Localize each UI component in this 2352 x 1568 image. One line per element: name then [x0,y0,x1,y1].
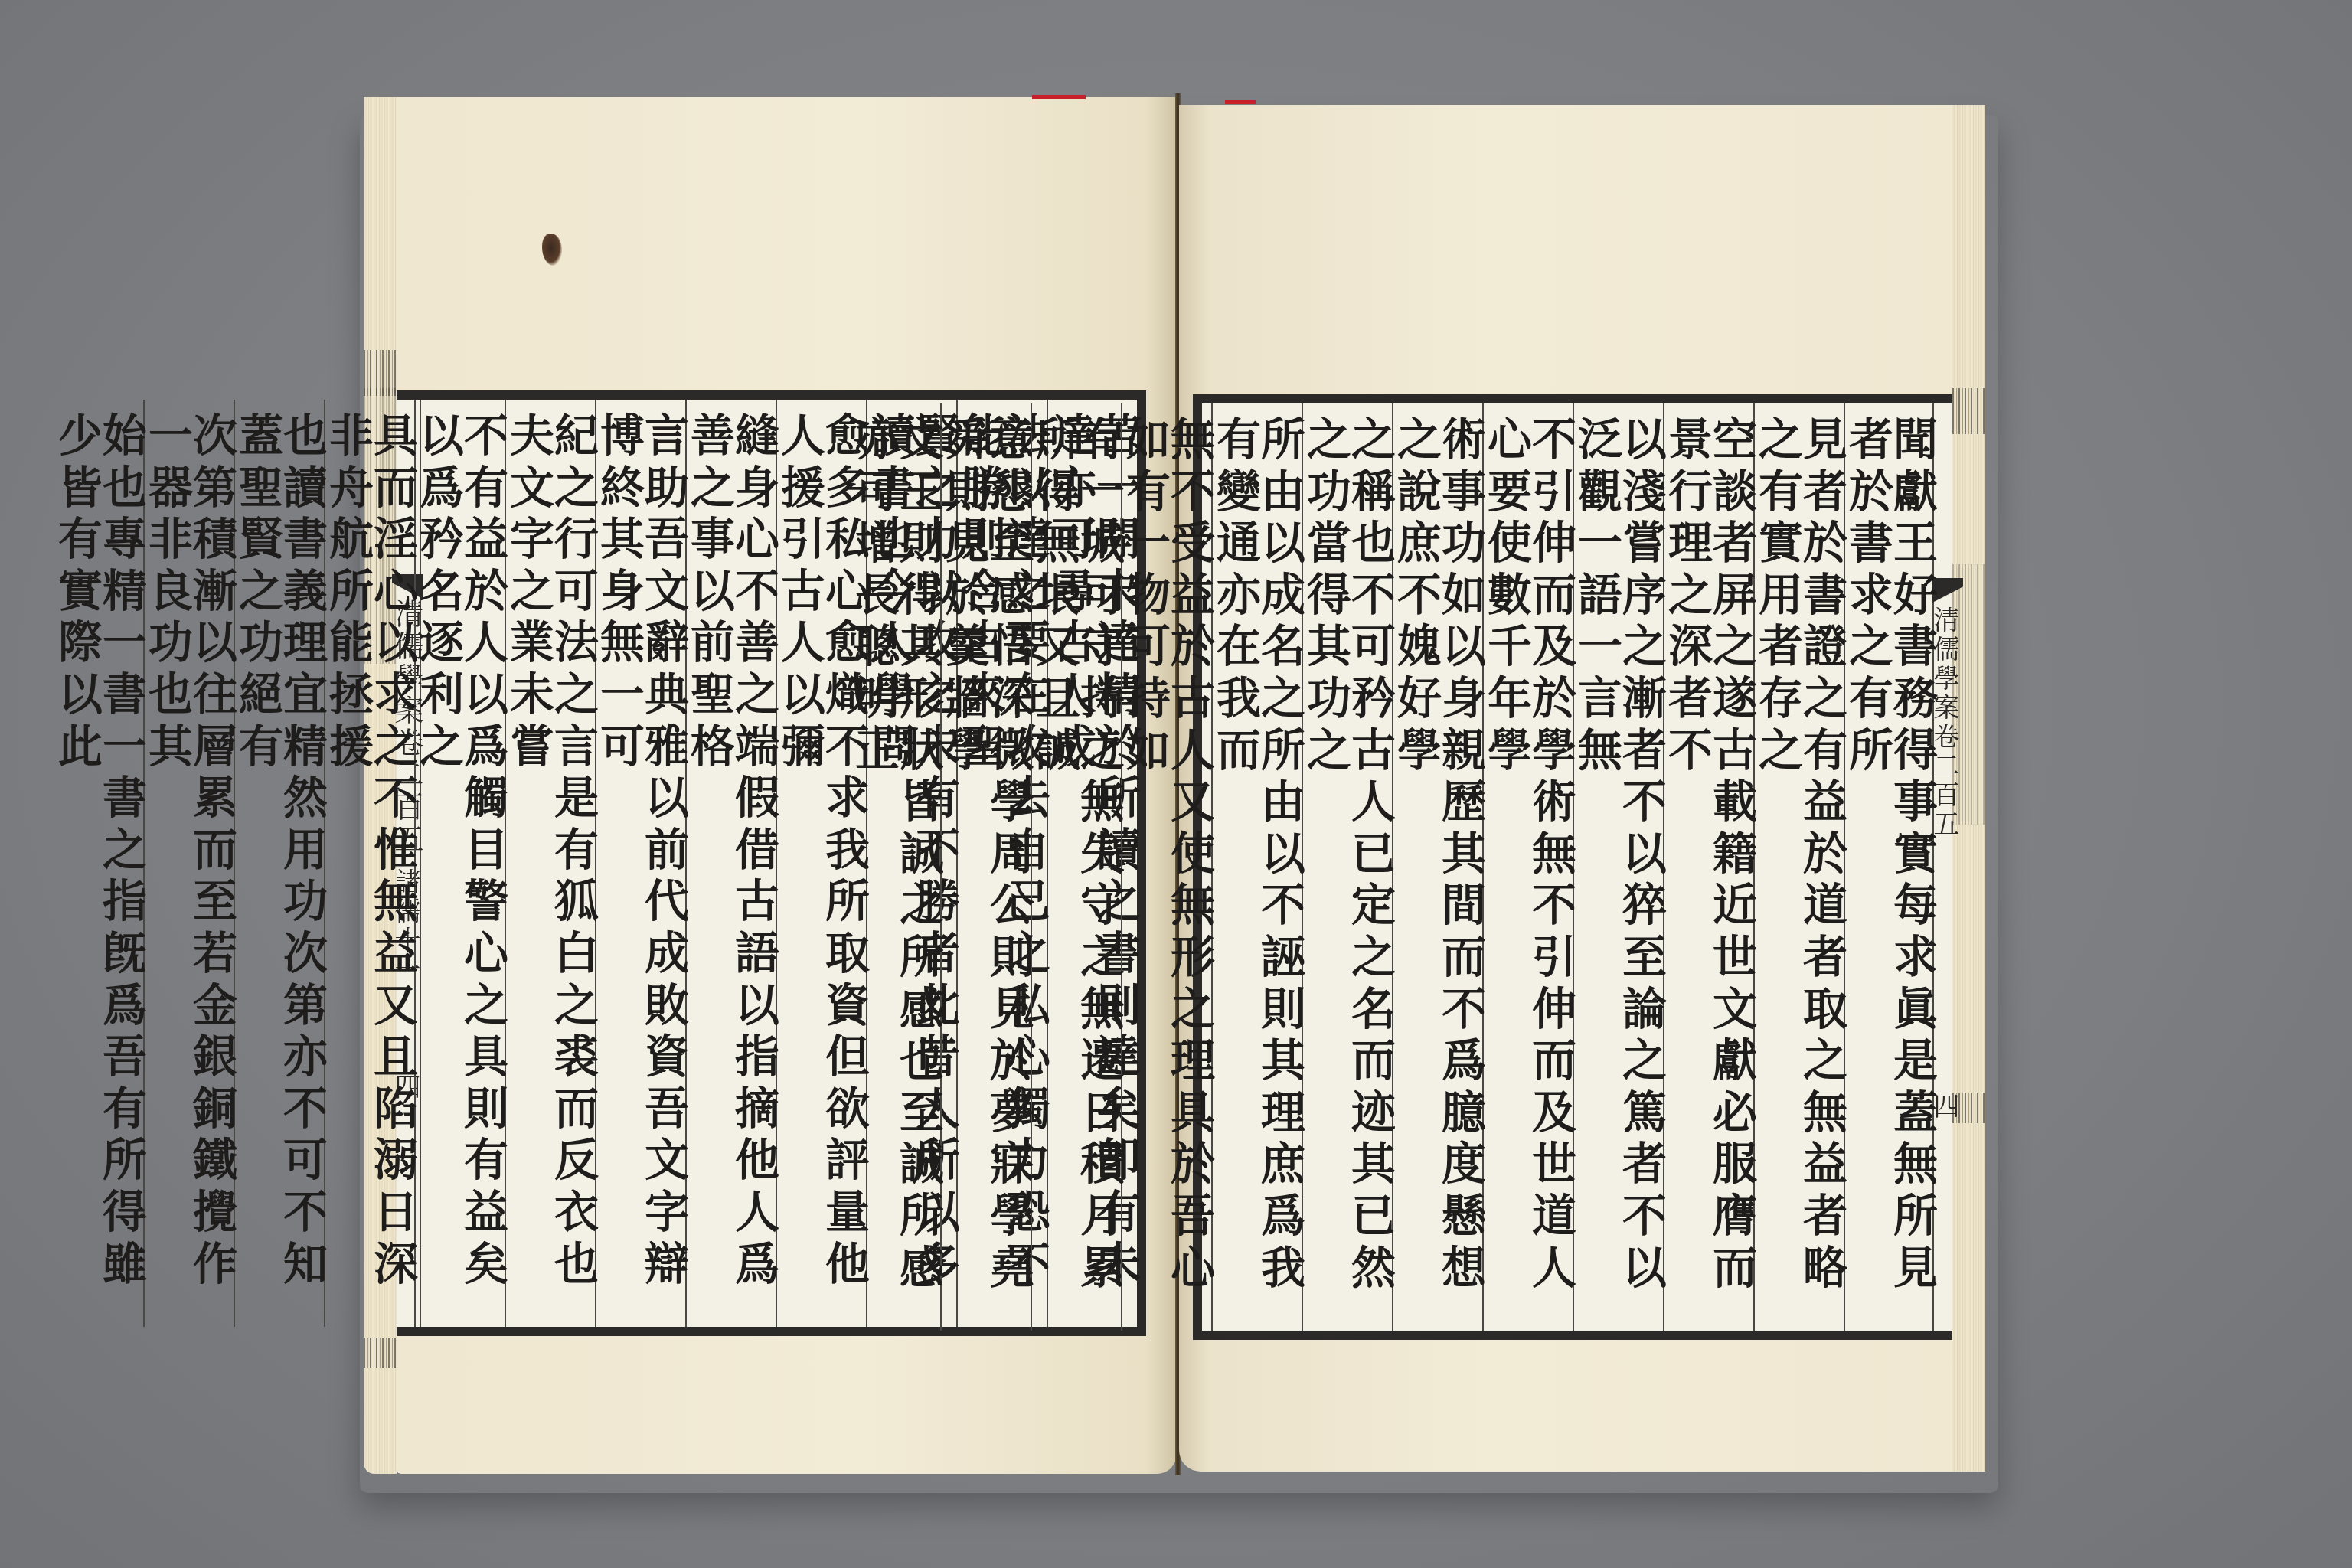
column-text: 也讀書義理宜精然用功次第亦不可不知蓋聖賢之功絕有 [235,400,324,1327]
right-text-frame: 清儒學案卷二百五 四 聞獻王好書務得事實每求眞是蓋無所見者於書求之有所 見者於書… [1193,394,1952,1340]
red-edge-stain [1032,95,1086,99]
column-text: 始也專精一書一書之指旣爲吾有所得雖少皆有實際以此 [54,400,143,1327]
fore-edge-print-mark [1952,388,1985,434]
column-text: 文王則得其形狀皆誠之所感也至誠所感亦可增長聰明正 [851,403,940,1331]
text-column: 術事功如以身親歷其間而不爲臆度懸想之說庶不媿好學 [1392,403,1482,1331]
text-column: 也讀書義理宜精然用功次第亦不可不知蓋聖賢之功絕有 [234,400,324,1327]
column-text: 縫身心不善之端假借古語以指摘他人爲善之事以前聖格 [687,400,776,1327]
text-column: 始也專精一書一書之指旣爲吾有所得雖少皆有實際以此 [54,400,143,1327]
column-text: 不引伸而及於學術無不引伸而及世道人心要使數千年學 [1484,403,1573,1331]
text-column: 具而淫心以求之不惟無益又且陷溺日深非舟航所能拯援 [324,400,414,1327]
column-text: 以淺嘗序之漸者不以猝至論之篤者不以泛觀一語一言無 [1574,403,1663,1331]
text-column: 之稱也不可矜古人已定之名而迹其已然之功當得其功之 [1302,403,1392,1331]
text-column: 不引伸而及於學術無不引伸而及世道人心要使數千年學 [1482,403,1573,1331]
text-column: 言助吾文辭典雅以前代成敗資吾文字辯博終其身無一可 [595,400,685,1327]
text-column: 所由以成名之所由以不誣則其理庶爲我有變通亦在我而 [1211,403,1302,1331]
column-text: 聞獻王好書務得事實每求眞是蓋無所見者於書求之有所 [1845,403,1934,1331]
column-text: 術事功如以身親歷其間而不爲臆度懸想之說庶不媿好學 [1393,403,1482,1331]
text-column: 空談者屏之遂古載籍近世文獻必服膺而景行理之深者不 [1663,403,1753,1331]
text-column: 以淺嘗序之漸者不以猝至論之篤者不以泛觀一語一言無 [1573,403,1663,1331]
column-text: 無不受益於古人又使無形之理具於吾心如有一物可持如 [1122,403,1211,1331]
column-text: 之稱也不可矜古人已定之名而迹其已然之功當得其功之 [1303,403,1392,1331]
column-text: 意懇至感悟深微學周公則見於夢寐學堯舜則見於羹牆學 [942,403,1031,1331]
column-text: 次第積漸以往層累而至若金銀銅鐵攪作一器非良功也其 [145,400,234,1327]
text-column: 無不受益於古人又使無形之理具於吾心如有一物可持如 [1121,403,1211,1331]
text-column: 意懇至感悟深微學周公則見於夢寐學堯舜則見於羹牆學 [940,403,1031,1331]
paper-stain [542,234,562,266]
text-column: 次第積漸以往層累而至若金銀銅鐵攪作一器非良功也其 [143,400,234,1327]
text-column: 聞獻王好書務得事實每求眞是蓋無所見者於書求之有所 [1844,403,1934,1331]
red-edge-stain [1225,100,1256,104]
column-text: 有一城可守持之無失守之無遷日積月累所得無垠又且誠 [1032,403,1121,1331]
column-text: 言助吾文辭典雅以前代成敗資吾文字辯博終其身無一可 [596,400,685,1327]
column-text: 空談者屏之遂古載籍近世文獻必服膺而景行理之深者不 [1664,403,1753,1331]
text-column: 文王則得其形狀皆誠之所感也至誠所感亦可增長聰明正 [851,403,940,1331]
text-column: 紀之行可法之言是有狐白之裘而反衣也夫文字之業未嘗 [505,400,595,1327]
text-column: 不有益於人以爲觸目警心之具則有益矣以爲矜名逐利之 [414,400,505,1327]
column-text: 所由以成名之所由以不誣則其理庶爲我有變通亦在我而 [1213,403,1302,1331]
text-column: 見者於書證之有益於道者取之無益者略之有實用者存之 [1753,403,1844,1331]
column-text: 紀之行可法之言是有狐白之裘而反衣也夫文字之業未嘗 [506,400,595,1327]
text-column: 縫身心不善之端假借古語以指摘他人爲善之事以前聖格 [685,400,776,1327]
text-column: 有一城可守持之無失守之無遷日積月累所得無垠又且誠 [1031,403,1121,1331]
right-page-columns: 聞獻王好書務得事實每求眞是蓋無所見者於書求之有所 見者於書證之有益於道者取之無益… [1202,403,1934,1331]
column-text: 具而淫心以求之不惟無益又且陷溺日深非舟航所能拯援 [325,400,414,1327]
column-text: 見者於書證之有益於道者取之無益者略之有實用者存之 [1755,403,1844,1331]
fore-edge-print-mark [364,1338,397,1368]
column-text: 不有益於人以爲觸目警心之具則有益矣以爲矜名逐利之 [416,400,505,1327]
